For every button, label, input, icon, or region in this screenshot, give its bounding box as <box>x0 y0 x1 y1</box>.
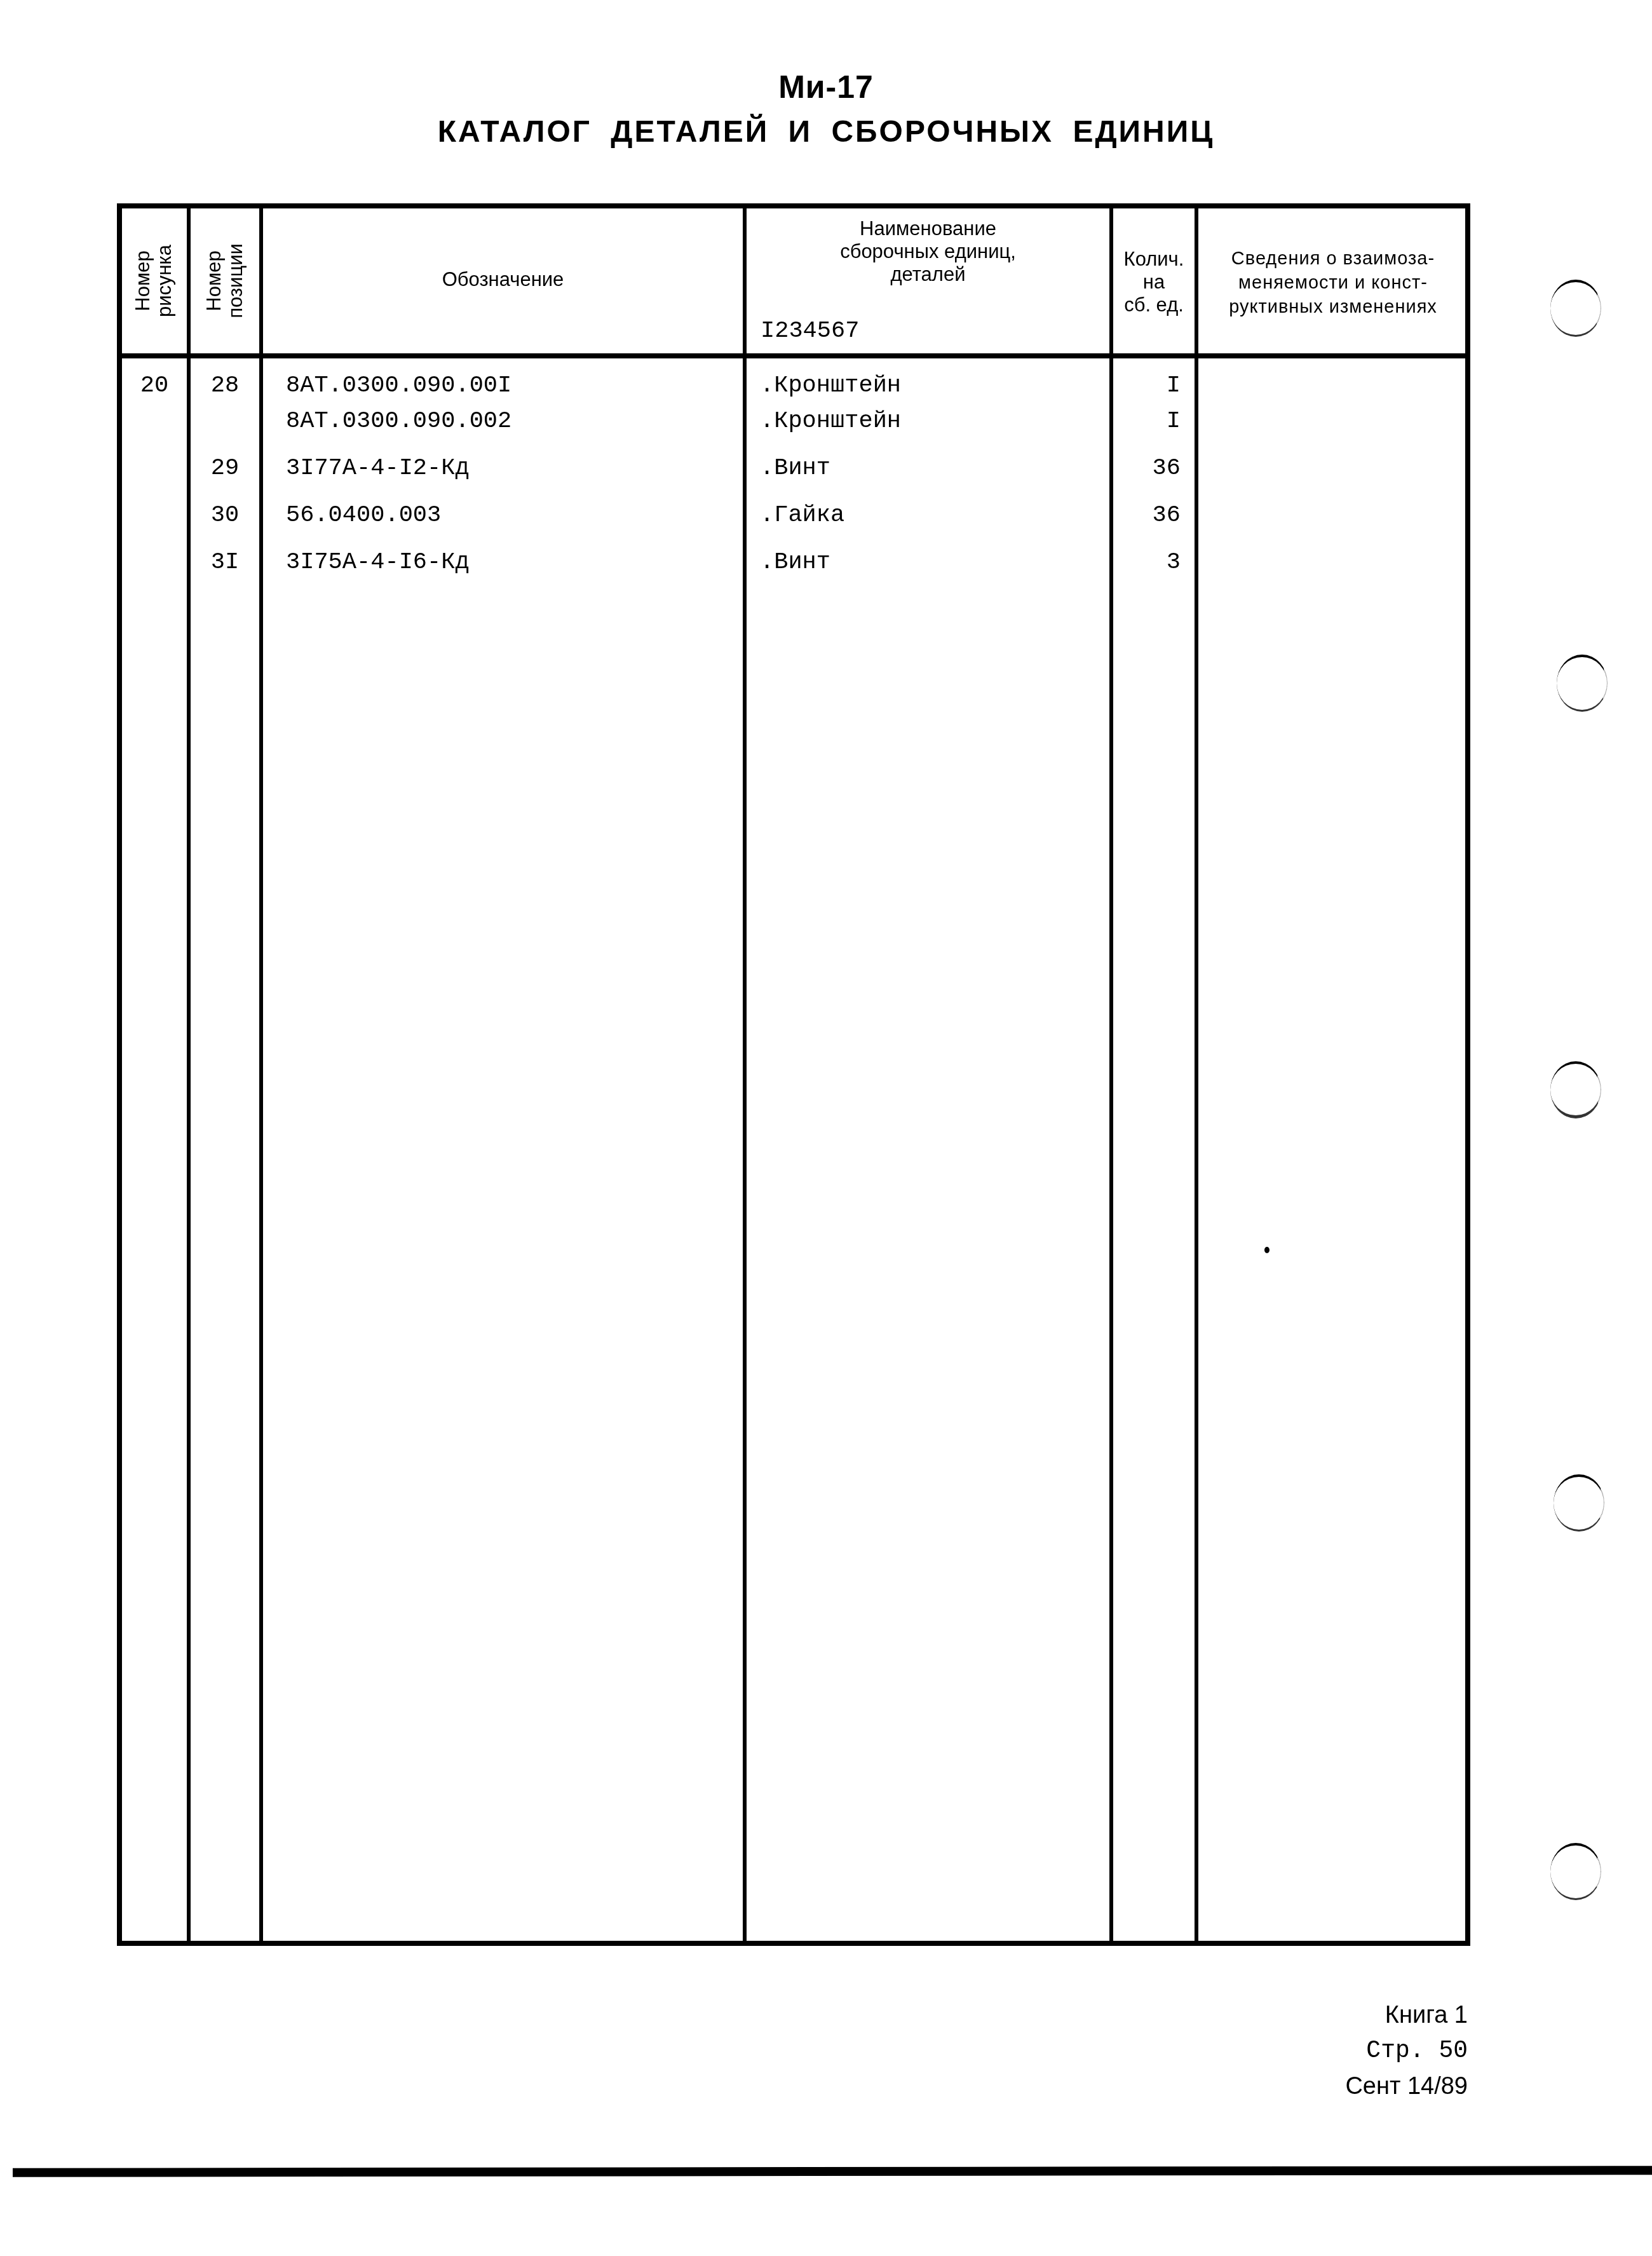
designation-cell: 56.0400.003 <box>286 502 731 529</box>
designation-cell: 8AT.0300.090.002 <box>286 408 731 435</box>
column-divider <box>259 208 263 1941</box>
footer-book: Книга 1 <box>1385 2002 1468 2029</box>
designation-cell: 3I75A-4-I6-Кд <box>286 549 731 576</box>
footer-date: Сент 14/89 <box>1345 2073 1468 2100</box>
binder-hole-icon <box>1550 1843 1601 1900</box>
header-label: руктивных изменениях <box>1198 295 1468 319</box>
header-label: деталей <box>747 263 1109 286</box>
catalog-title: КАТАЛОГ ДЕТАЛЕЙ И СБОРОЧНЫХ ЕДИНИЦ <box>0 114 1652 149</box>
quantity-cell: 36 <box>1113 502 1181 529</box>
header-separator <box>122 353 1465 358</box>
scan-speck <box>1264 1247 1269 1253</box>
position-number-cell: 3I <box>191 549 259 576</box>
name-cell: .Винт <box>760 549 1103 576</box>
header-label: сборочных единиц, <box>747 240 1109 263</box>
header-label: Колич. <box>1113 248 1195 271</box>
figure-number-cell: 20 <box>122 372 187 399</box>
header-label: рисунка <box>154 211 175 351</box>
quantity-cell: I <box>1113 408 1181 435</box>
quantity-cell: 36 <box>1113 455 1181 482</box>
header-label: Номер <box>203 211 225 351</box>
binder-hole-icon <box>1550 280 1601 337</box>
header-label: меняемости и конст- <box>1198 271 1468 295</box>
quantity-cell: 3 <box>1113 549 1181 576</box>
header-label: Сведения о взаимоза- <box>1198 247 1468 271</box>
designation-cell: 3I77A-4-I2-Кд <box>286 455 731 482</box>
header-label: Номер <box>132 211 154 351</box>
position-number-cell: 30 <box>191 502 259 529</box>
header-label: Наименование <box>747 217 1109 240</box>
name-cell: .Винт <box>760 455 1103 482</box>
header-position-number: Номер позиции <box>191 208 259 353</box>
page-bottom-rule <box>13 2166 1652 2177</box>
binder-hole-icon <box>1554 1474 1604 1532</box>
name-cell: .Кронштейн <box>760 372 1103 399</box>
header-quantity: Колич. на сб. ед. <box>1113 208 1195 353</box>
binder-hole-icon <box>1550 1061 1601 1118</box>
header-label: Обозначение <box>442 268 564 290</box>
header-label: позиции <box>225 211 247 351</box>
header-figure-number: Номер рисунка <box>122 208 187 353</box>
designation-cell: 8AT.0300.090.00I <box>286 372 731 399</box>
header-designation: Обозначение <box>263 208 743 353</box>
column-divider <box>1195 208 1198 1941</box>
parts-catalog-table: Номер рисунка Номер позиции Обозначение … <box>117 203 1470 1946</box>
footer-page: Стр. 50 <box>1366 2037 1468 2065</box>
position-number-cell: 28 <box>191 372 259 399</box>
header-label: сб. ед. <box>1113 294 1195 316</box>
header-name: Наименование сборочных единиц, деталей I… <box>747 208 1109 353</box>
document-model-title: Ми-17 <box>0 69 1652 105</box>
binder-hole-icon <box>1557 655 1608 712</box>
name-cell: .Кронштейн <box>760 408 1103 435</box>
column-divider <box>743 208 747 1941</box>
name-cell: .Гайка <box>760 502 1103 529</box>
quantity-cell: I <box>1113 372 1181 399</box>
header-interchangeability: Сведения о взаимоза- меняемости и конст-… <box>1198 208 1468 353</box>
position-number-cell: 29 <box>191 455 259 482</box>
name-indent-scale: I234567 <box>761 318 859 344</box>
header-label: на <box>1113 271 1195 294</box>
